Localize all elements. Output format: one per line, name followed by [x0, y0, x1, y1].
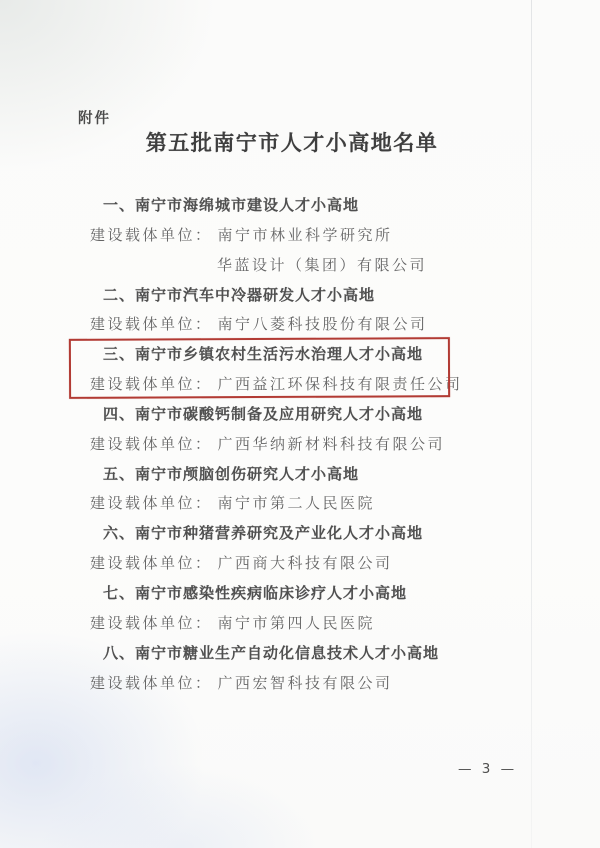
company-line: 建设载体单位：南宁市第二人民医院: [0, 489, 600, 519]
document-title: 第五批南宁市人才小高地名单: [0, 127, 592, 157]
unit-label: 建设载体单位：: [90, 614, 213, 632]
unit-label: 建设载体单位：: [90, 375, 213, 393]
company-line: 建设载体单位：广西宏智科技有限公司: [0, 669, 600, 699]
item-heading: 二、南宁市汽车中冷器研发人才小高地: [0, 281, 600, 311]
attachment-label: 附件: [78, 107, 111, 128]
company-name: 广西益江环保科技有限责任公司: [218, 375, 463, 393]
unit-label: 建设载体单位：: [90, 315, 213, 333]
page-number: — 3 —: [458, 761, 517, 777]
company-name: 南宁市第四人民医院: [218, 614, 376, 632]
company-line: 华蓝设计（集团）有限公司: [0, 251, 600, 281]
item-heading: 一、南宁市海绵城市建设人才小高地: [0, 191, 600, 221]
company-name: 南宁市第二人民医院: [218, 494, 376, 512]
company-line: 建设载体单位：广西华纳新材料科技有限公司: [0, 430, 600, 460]
company-line: 建设载体单位：南宁市林业科学研究所: [0, 221, 600, 251]
company-name: 南宁市林业科学研究所: [218, 226, 393, 244]
company-name: 华蓝设计（集团）有限公司: [217, 256, 427, 274]
unit-label: 建设载体单位：: [90, 435, 213, 453]
company-line: 建设载体单位：南宁市第四人民医院: [0, 609, 600, 639]
company-name: 广西商大科技有限公司: [218, 554, 393, 572]
company-line: 建设载体单位：广西商大科技有限公司: [0, 549, 600, 579]
unit-label: 建设载体单位：: [90, 674, 213, 692]
scanned-document-page: 附件 第五批南宁市人才小高地名单 一、南宁市海绵城市建设人才小高地建设载体单位：…: [0, 0, 600, 848]
item-heading: 七、南宁市感染性疾病临床诊疗人才小高地: [0, 579, 600, 609]
company-line: 建设载体单位：广西益江环保科技有限责任公司: [0, 370, 600, 400]
company-name: 广西宏智科技有限公司: [218, 674, 393, 692]
company-line: 建设载体单位：南宁八菱科技股份有限公司: [0, 310, 600, 340]
item-heading: 八、南宁市糖业生产自动化信息技术人才小高地: [0, 639, 600, 669]
unit-label: 建设载体单位：: [90, 554, 213, 572]
company-name: 广西华纳新材料科技有限公司: [218, 435, 446, 453]
unit-label: 建设载体单位：: [90, 494, 213, 512]
company-name: 南宁八菱科技股份有限公司: [218, 315, 428, 333]
item-heading: 五、南宁市颅脑创伤研究人才小高地: [0, 460, 600, 490]
unit-label: 建设载体单位：: [90, 226, 213, 244]
item-heading: 三、南宁市乡镇农村生活污水治理人才小高地: [0, 340, 600, 370]
items-list: 一、南宁市海绵城市建设人才小高地建设载体单位：南宁市林业科学研究所华蓝设计（集团…: [0, 191, 600, 698]
item-heading: 六、南宁市种猪营养研究及产业化人才小高地: [0, 519, 600, 549]
item-heading: 四、南宁市碳酸钙制备及应用研究人才小高地: [0, 400, 600, 430]
